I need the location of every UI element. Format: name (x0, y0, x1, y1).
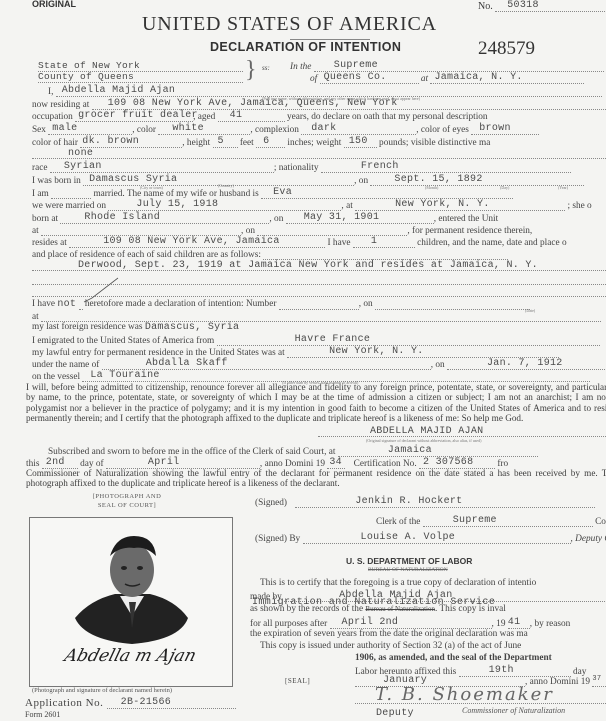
i-label: I, (48, 87, 53, 97)
reason-text: , by reason (530, 619, 571, 629)
occupation-row: occupation grocer fruit dealer, aged 41 … (32, 110, 488, 122)
photo-caption: (Photograph and signature of declarant n… (32, 687, 172, 694)
year-prefix: , 19 (492, 619, 506, 629)
application-row: Application No. 2B-21566 (25, 697, 236, 709)
declarant-photo-frame: Abdella m Ajan (29, 517, 233, 687)
complexion-label: , complexion (250, 125, 299, 135)
lawful-entry-label: my lawful entry for permanent residence … (32, 348, 285, 358)
venue-court: Supreme (314, 60, 604, 72)
children-detail: Derwood, Sept. 23, 1919 at Jamaica New Y… (32, 260, 606, 271)
form-number-label: No. (478, 1, 493, 12)
entry-at-label: at (32, 226, 39, 236)
spouse-on-label: , on (269, 214, 283, 224)
bureau-struck: BUREAU OF NATURALIZATION (368, 567, 448, 573)
have-label: I have (328, 238, 351, 248)
spouse-birthplace: Rhode Island (60, 212, 269, 224)
entry-date: Jan. 7, 1912 (447, 358, 606, 370)
race-label: race (32, 163, 47, 173)
birth-hint-year: (Year) (558, 185, 568, 190)
prev-decl-at-row: at (32, 310, 601, 322)
records-row: as shown by the records of the Bureau of… (250, 604, 506, 614)
prev-decl-number (279, 298, 359, 310)
married-at-label: , at (341, 201, 352, 211)
clerk-of-label: Clerk of the (376, 517, 420, 527)
declaration-number: 248579 (478, 38, 535, 60)
spouse-residence: 109 08 New York Ave, Jamaica (69, 236, 325, 248)
signed-by-label: (Signed) By (255, 534, 300, 544)
clerk-court: Supreme (423, 515, 593, 527)
birthdate: Sept. 15, 1892 (370, 174, 584, 186)
records-struck: Bureau of Naturalization (365, 605, 435, 613)
entry-on-label: , on (241, 226, 255, 236)
affixed-year: 37 (592, 675, 606, 687)
years-text: years, do declare on oath that my person… (287, 112, 488, 122)
venue-of-row: of Queens Co. at Jamaica, N. Y. (310, 72, 584, 84)
page-subtitle: DECLARATION OF INTENTION (210, 40, 401, 54)
residing-label: now residing at (32, 100, 89, 110)
weight: 150 (344, 136, 377, 148)
page-title: UNITED STATES OF AMERICA (142, 13, 437, 36)
clerk-of-row: Clerk of the Supreme Co (376, 515, 606, 527)
hair-row: color of hair dk. brown, height 5 feet 6… (32, 136, 490, 148)
venue-court-row: In the Supreme Co (290, 60, 606, 72)
occupation: grocer fruit dealer (75, 110, 193, 122)
prev-decl-date (375, 298, 530, 310)
prev-decl-not: not (57, 299, 76, 310)
hair-label: color of hair (32, 138, 78, 148)
signed-row: (Signed) Jenkin R. Hockert (255, 496, 595, 508)
after-row: for all purposes after April 2nd, 19 41,… (250, 617, 570, 629)
form-number: No. 50318 (478, 0, 606, 12)
children-intro-text: and place of residence of each of said c… (32, 250, 261, 260)
race: Syrian (50, 161, 274, 173)
invalid-text: . This copy is inval (435, 604, 506, 614)
inches-label: inches; weight (287, 138, 341, 148)
seal-label: [SEAL] (285, 677, 310, 685)
last-residence-label: my last foreign residence was (32, 322, 143, 332)
after-date: April 2nd (330, 617, 492, 629)
children-count: 1 (353, 236, 415, 248)
emigrated-from: Havre France (217, 334, 600, 346)
children-intro: and place of residence of each of said c… (32, 248, 508, 260)
prev-decl-blank (79, 298, 83, 310)
race-row: race Syrian; nationality French (32, 161, 571, 173)
eyes-label: , color of eyes (416, 125, 469, 135)
height-label: , height (182, 138, 210, 148)
sex-row: Sex male, color white, complexion dark, … (32, 123, 539, 135)
under-name-label: under the name of (32, 360, 99, 370)
height-inches: 6 (256, 136, 285, 148)
married-on-label: we were married on (32, 201, 106, 211)
entry-date-on-label: , on (431, 360, 445, 370)
commissioner-signature-line (355, 703, 606, 704)
photo-signature: Abdella m Ajan (62, 646, 198, 666)
sex-label: Sex (32, 125, 46, 135)
declarant-signature: ABDELLA MAJID AJAN (318, 426, 606, 437)
married-blank (51, 187, 91, 199)
venue-court-at: Jamaica, N. Y. (430, 72, 584, 84)
form-label: Form 2601 (25, 710, 60, 719)
marriage-date-row: we were married on July 15, 1918, at New… (32, 199, 592, 211)
complexion: dark (301, 123, 416, 135)
application-number: 2B-21566 (107, 697, 236, 709)
deputy-row: (Signed) By Louise A. Volpe, Deputy Cler (255, 532, 606, 544)
hair: dk. brown (80, 136, 182, 148)
at-label: at (421, 74, 428, 84)
of-label: of (310, 74, 317, 84)
vessel-label: on the vessel (32, 372, 80, 382)
certify-text: This is to certify that the foregoing is… (260, 578, 536, 588)
born-on-label: , on (354, 176, 368, 186)
prev-decl-label: I have (32, 299, 55, 309)
photo-seal-label: [PHOTOGRAPH AND SEAL OF COURT] (88, 492, 166, 510)
entry-at-blank (41, 224, 241, 236)
sex: male (48, 123, 132, 135)
born-label: I was born in (32, 176, 81, 186)
entry-row: my lawful entry for permanent residence … (32, 346, 559, 358)
signature-hint: (Original signature of declarant without… (366, 438, 481, 443)
spouse-birth-row: born at Rhode Island, on May 31, 1901, e… (32, 212, 498, 224)
prev-decl-text: heretofore made a declaration of intenti… (85, 299, 277, 309)
amended-text: 1906, as amended, and the seal of the De… (355, 653, 552, 663)
sworn-label: Subscribed and sworn to before me in the… (48, 447, 335, 457)
aged-label: , aged (193, 112, 215, 122)
spouse-birthdate: May 31, 1901 (286, 212, 434, 224)
prev-declaration-row: I have not heretofore made a declaration… (32, 298, 530, 310)
children-text: children, and the name, date and place o (417, 238, 566, 248)
color-label: , color (132, 125, 156, 135)
authority-text: This copy is issued under authority of S… (260, 641, 521, 651)
i-am-label: I am (32, 189, 49, 199)
sworn-text: Commissioner of Naturalization showing t… (26, 468, 606, 489)
purposes-label: for all purposes after (250, 619, 327, 629)
height-feet: 5 (213, 136, 238, 148)
clerk-name: Jenkin R. Hockert (295, 496, 595, 508)
married-row: I am married. The name of my wife or hus… (32, 187, 513, 199)
entry-name-row: under the name of Abdalla Skaff, on Jan.… (32, 358, 606, 370)
entry-on-blank (257, 224, 407, 236)
residence: 109 08 New York Ave, Jamaica, Queens, Ne… (92, 98, 606, 110)
eyes: brown (471, 123, 539, 135)
deputy-label: Deputy (376, 708, 414, 719)
nationality: French (321, 161, 571, 173)
pounds-label: pounds; visible distinctive ma (379, 138, 490, 148)
oath-text: I will, before being admitted to citizen… (26, 382, 606, 423)
wife-name-label: married. The name of my wife or husband … (93, 189, 258, 199)
deputy-clerk-name: Louise A. Volpe (303, 532, 571, 544)
permanent-label: , for permanent residence therein, (407, 226, 532, 236)
age: 41 (218, 110, 285, 122)
in-the-label: In the (290, 62, 311, 72)
last-residence-row: my last foreign residence was Damascus, … (32, 322, 239, 333)
sworn-place: Jamaica (338, 445, 538, 457)
entry-at-row: at , on , for permanent residence therei… (32, 224, 532, 236)
records-text: as shown by the records of the (250, 604, 363, 614)
ss-label: ss: (262, 64, 270, 72)
nationality-label: ; nationality (274, 163, 319, 173)
dept-labor-heading: U. S. DEPARTMENT OF LABOR (346, 556, 472, 566)
spouse-born-label: born at (32, 214, 58, 224)
entry-name: Abdalla Skaff (102, 358, 431, 370)
last-residence: Damascus, Syria (145, 322, 240, 333)
distinctive-marks: none (32, 148, 606, 159)
she-label: ; she o (567, 201, 591, 211)
commissioner-label: Commissioner of Naturalization (462, 706, 565, 715)
venue-court-of: Queens Co. (320, 72, 419, 84)
marriage-place: New York, N. Y. (355, 199, 565, 211)
original-label: ORIGINAL (32, 0, 76, 9)
commissioner-signature: T. B. Shoemaker (375, 684, 554, 705)
emigrated-row: I emigrated to the United States of Amer… (32, 334, 600, 346)
occupation-label: occupation (32, 112, 73, 122)
emigrated-label: I emigrated to the United States of Amer… (32, 336, 214, 346)
application-label: Application No. (25, 697, 103, 709)
entered-label: , entered the Unit (434, 214, 499, 224)
deputy-clerk-label: , Deputy Cler (571, 534, 606, 544)
sworn-row: Subscribed and sworn to before me in the… (48, 445, 538, 457)
marriage-date: July 15, 1918 (108, 199, 341, 211)
spouse-residence-row: resides at 109 08 New York Ave, Jamaica … (32, 236, 567, 248)
venue-brace: } (245, 58, 257, 82)
spouse-name: Eva (261, 187, 513, 199)
resides-label: resides at (32, 238, 67, 248)
prev-decl-at-blank (41, 310, 601, 322)
entry-place: New York, N. Y. (287, 346, 559, 358)
expiration-text: the expiration of seven years from the d… (250, 629, 528, 639)
prev-decl-on-label: , on (359, 299, 373, 309)
after-year: 41 (508, 617, 530, 629)
venue-county: County of Queens (38, 71, 243, 83)
prev-decl-at-label: at (32, 312, 39, 322)
form-number-value: 50318 (495, 0, 606, 12)
children-intro-blank (263, 248, 508, 260)
clerk-court-suffix: Co (595, 517, 606, 527)
feet-label: feet (240, 138, 254, 148)
residence-row: now residing at 109 08 New York Ave, Jam… (32, 98, 606, 110)
color: white (158, 123, 250, 135)
signed-label: (Signed) (255, 498, 287, 508)
